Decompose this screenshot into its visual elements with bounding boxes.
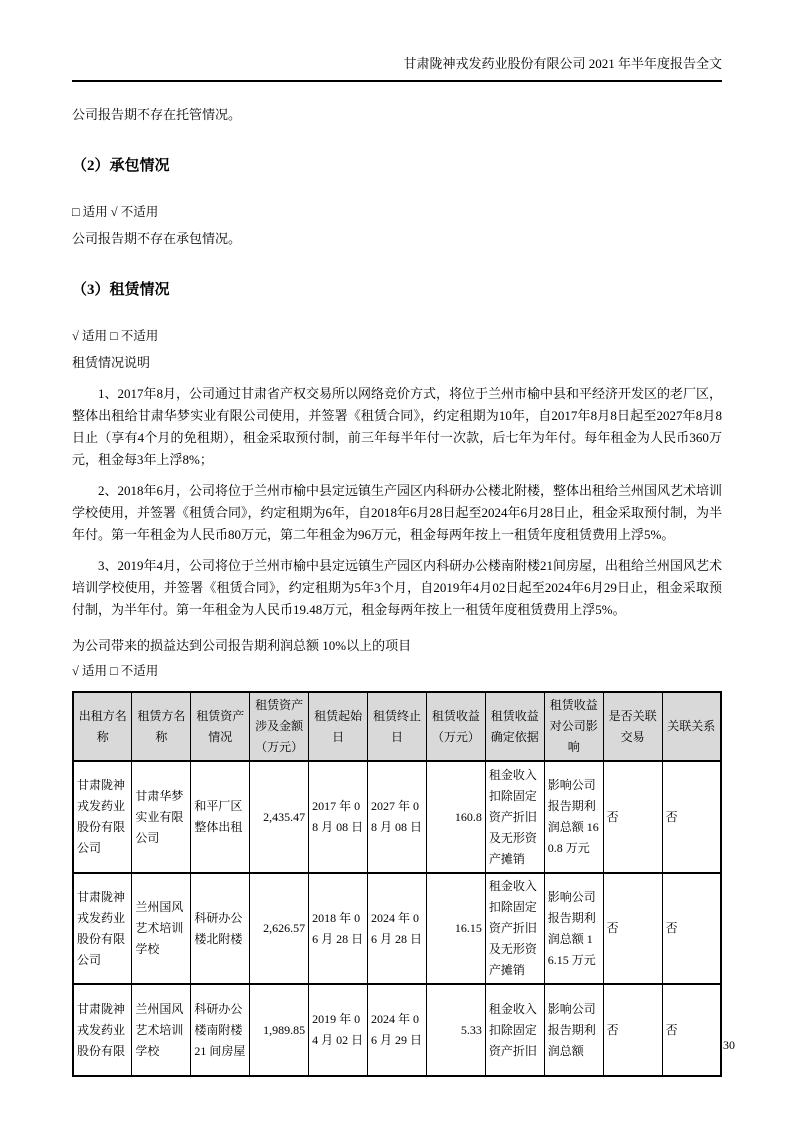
table-cell: 5.33: [426, 984, 485, 1076]
table-cell: 科研办公楼南附楼 21 间房屋: [191, 984, 250, 1076]
table-cell: 2024 年 06 月 29 日: [368, 984, 427, 1076]
table-cell: 否: [603, 873, 662, 984]
table-cell: 租金收入扣除固定资产折旧及无形资产摊销: [485, 873, 544, 984]
table-cell: 否: [662, 873, 721, 984]
table-cell: 否: [603, 984, 662, 1076]
table-cell: 否: [603, 761, 662, 873]
table-cell: 甘肃陇神戎发药业股份有限公司: [73, 761, 132, 873]
table-cell: 影响公司报告期利润总额 16.15 万元: [544, 873, 603, 984]
column-header: 关联关系: [662, 692, 721, 761]
table-cell: 科研办公楼北附楼: [191, 873, 250, 984]
column-header: 租赁方名称: [132, 692, 191, 761]
page-number: 30: [723, 1038, 735, 1053]
lease-note-label: 租赁情况说明: [72, 352, 722, 374]
column-header: 租赁收益（万元）: [426, 692, 485, 761]
table-cell: 否: [662, 984, 721, 1076]
profit-item-applicability: √ 适用 □ 不适用: [72, 661, 722, 681]
section-3-heading: （3）租赁情况: [72, 280, 722, 300]
column-header: 租赁收益对公司影响: [544, 692, 603, 761]
table-cell: 2,626.57: [250, 873, 309, 984]
table-cell: 2019 年 04 月 02 日: [309, 984, 368, 1076]
document-header: 甘肃陇神戎发药业股份有限公司 2021 年半年度报告全文: [72, 55, 722, 82]
column-header: 租赁资产情况: [191, 692, 250, 761]
report-page: 甘肃陇神戎发药业股份有限公司 2021 年半年度报告全文 公司报告期不存在托管情…: [0, 0, 793, 1122]
lease-table-head: 出租方名称租赁方名称租赁资产情况租赁资产涉及金额（万元）租赁起始日租赁终止日租赁…: [73, 692, 721, 761]
document-header-title: 甘肃陇神戎发药业股份有限公司 2021 年半年度报告全文: [403, 56, 722, 71]
table-cell: 租金收入扣除固定资产折旧: [485, 984, 544, 1076]
table-cell: 2017 年 08 月 08 日: [309, 761, 368, 873]
table-cell: 甘肃陇神戎发药业股份有限公司: [73, 873, 132, 984]
lease-paragraph-3: 3、2019年4月，公司将位于兰州市榆中县定远镇生产园区内科研办公楼南附楼21间…: [72, 555, 722, 621]
column-header: 租赁终止日: [368, 692, 427, 761]
table-cell: 160.8: [426, 761, 485, 873]
section-2-heading: （2）承包情况: [72, 156, 722, 176]
table-cell: 和平厂区整体出租: [191, 761, 250, 873]
section-3-applicability: √ 适用 □ 不适用: [72, 326, 722, 346]
table-cell: 2018 年 06 月 28 日: [309, 873, 368, 984]
custody-note: 公司报告期不存在托管情况。: [72, 104, 722, 126]
lease-table-body: 甘肃陇神戎发药业股份有限公司甘肃华梦实业有限公司和平厂区整体出租2,435.47…: [73, 761, 721, 1076]
table-cell: 2,435.47: [250, 761, 309, 873]
table-cell: 兰州国风艺术培训学校: [132, 984, 191, 1076]
table-cell: 16.15: [426, 873, 485, 984]
column-header: 是否关联交易: [603, 692, 662, 761]
table-cell: 甘肃陇神戎发药业股份有限: [73, 984, 132, 1076]
column-header: 出租方名称: [73, 692, 132, 761]
profit-item-label: 为公司带来的损益达到公司报告期利润总额 10%以上的项目: [72, 635, 722, 657]
table-row: 甘肃陇神戎发药业股份有限公司甘肃华梦实业有限公司和平厂区整体出租2,435.47…: [73, 761, 721, 873]
column-header: 租赁起始日: [309, 692, 368, 761]
table-row: 甘肃陇神戎发药业股份有限公司兰州国风艺术培训学校科研办公楼北附楼2,626.57…: [73, 873, 721, 984]
column-header: 租赁资产涉及金额（万元）: [250, 692, 309, 761]
lease-paragraph-1: 1、2017年8月，公司通过甘肃省产权交易所以网络竞价方式，将位于兰州市榆中县和…: [72, 383, 722, 471]
table-cell: 2027 年 08 月 08 日: [368, 761, 427, 873]
table-cell: 租金收入扣除固定资产折旧及无形资产摊销: [485, 761, 544, 873]
lease-table: 出租方名称租赁方名称租赁资产情况租赁资产涉及金额（万元）租赁起始日租赁终止日租赁…: [72, 691, 722, 1077]
table-cell: 甘肃华梦实业有限公司: [132, 761, 191, 873]
table-cell: 影响公司报告期利润总额 160.8 万元: [544, 761, 603, 873]
table-row: 甘肃陇神戎发药业股份有限兰州国风艺术培训学校科研办公楼南附楼 21 间房屋1,9…: [73, 984, 721, 1076]
section-2-applicability: □ 适用 √ 不适用: [72, 202, 722, 222]
table-cell: 影响公司报告期利润总额: [544, 984, 603, 1076]
table-cell: 1,989.85: [250, 984, 309, 1076]
section-2-note: 公司报告期不存在承包情况。: [72, 228, 722, 250]
column-header: 租赁收益确定依据: [485, 692, 544, 761]
lease-paragraph-2: 2、2018年6月，公司将位于兰州市榆中县定远镇生产园区内科研办公楼北附楼，整体…: [72, 480, 722, 546]
lease-table-header-row: 出租方名称租赁方名称租赁资产情况租赁资产涉及金额（万元）租赁起始日租赁终止日租赁…: [73, 692, 721, 761]
table-cell: 2024 年 06 月 28 日: [368, 873, 427, 984]
table-cell: 兰州国风艺术培训学校: [132, 873, 191, 984]
table-cell: 否: [662, 761, 721, 873]
